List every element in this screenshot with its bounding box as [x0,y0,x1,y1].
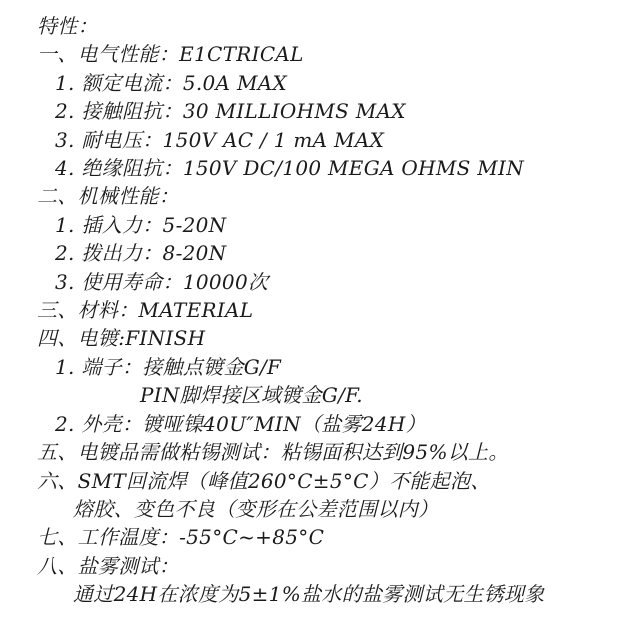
document-line: 一、电气性能：E1CTRICAL [0,40,620,68]
document-line: PIN脚焊接区域镀金G/F. [0,381,620,409]
document-line: 2. 拨出力：8-20N [0,239,620,267]
document-line: 六、SMT回流焊（峰值260°C±5°C）不能起泡、 [0,467,620,495]
document-line: 1. 端子：接触点镀金G/F [0,353,620,381]
document-line: 2. 外壳：镀哑镍40U″MIN（盐雾24H） [0,410,620,438]
document-line: 3. 使用寿命：10000次 [0,268,620,296]
document-line: 2. 接触阻抗：30 MILLIOHMS MAX [0,97,620,125]
document-line: 二、机械性能： [0,182,620,210]
document-line: 七、工作温度：-55°C~+85°C [0,523,620,551]
document-line: 4. 绝缘阻抗：150V DC/100 MEGA OHMS MIN [0,154,620,182]
specification-document: 特性：一、电气性能：E1CTRICAL1. 额定电流：5.0A MAX2. 接触… [0,0,620,620]
document-line: 五、电镀品需做粘锡测试：粘锡面积达到95%以上。 [0,438,620,466]
document-line: 四、电镀:FINISH [0,324,620,352]
document-line: 通过24H在浓度为5±1%盐水的盐雾测试无生锈现象 [0,580,620,608]
document-line: 3. 耐电压：150V AC / 1 mA MAX [0,126,620,154]
document-body: 特性：一、电气性能：E1CTRICAL1. 额定电流：5.0A MAX2. 接触… [0,12,620,609]
document-line: 熔胶、变色不良（变形在公差范围以内） [0,495,620,523]
document-line: 八、盐雾测试： [0,552,620,580]
document-line: 特性： [0,12,620,40]
document-line: 1. 额定电流：5.0A MAX [0,69,620,97]
document-line: 三、材料：MATERIAL [0,296,620,324]
document-line: 1. 插入力：5-20N [0,211,620,239]
